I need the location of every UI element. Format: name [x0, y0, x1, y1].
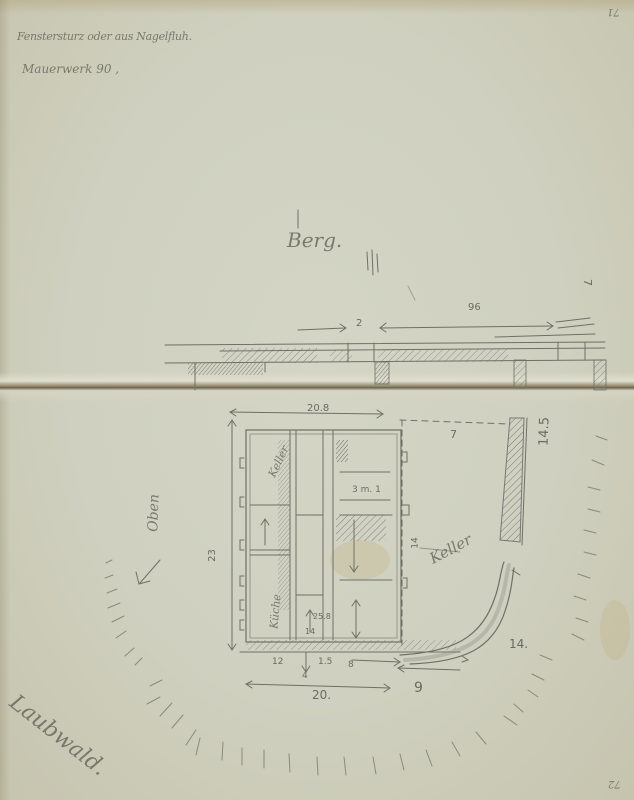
dim-height-right: 14 [411, 537, 421, 548]
label-berg: Berg. [287, 228, 342, 252]
page-number-top: 71 [607, 6, 620, 17]
upper-wall-section [165, 318, 606, 390]
sketchbook-page: 71 72 Fenstersturz oder aus Nagelfluh. M… [0, 0, 634, 800]
page-number-bottom: 72 [608, 778, 621, 789]
dim-bottom-total: 20. [312, 688, 331, 702]
berg-ticks [298, 210, 415, 300]
dim-room-label: 3 m. 1 [352, 485, 381, 495]
dim-bottom-4: 4 [302, 671, 308, 681]
dim-bottom-15: 1.5 [318, 657, 332, 667]
dim-bottom-12: 12 [272, 657, 283, 667]
right-wall-block [500, 418, 527, 545]
dim-width-top: 20.8 [307, 403, 329, 414]
dim-top-right: 7 [581, 279, 594, 286]
dim-height-left: 23 [207, 549, 218, 562]
dim-dash-7: 7 [450, 428, 457, 441]
dim-top-span: 96 [468, 300, 481, 311]
left-arrow [136, 560, 160, 584]
dim-path-9: 9 [414, 680, 423, 696]
dim-bottom-8: 8 [348, 660, 354, 670]
dim-path-14: 14. [509, 637, 528, 651]
dim-stair-258: 25.8 [313, 612, 331, 621]
dim-wall-right: 14.5 [536, 417, 552, 446]
dim-stair-14: 14 [305, 627, 315, 636]
floor-plan [228, 409, 510, 692]
note-line-2: Mauerwerk 90 , [22, 62, 119, 76]
dim-top-gap: 2 [356, 318, 362, 329]
note-line-1: Fenstersturz oder aus Nagelfluh. [17, 30, 192, 43]
label-oben: Oben [145, 494, 162, 532]
architectural-sketch [0, 0, 634, 800]
